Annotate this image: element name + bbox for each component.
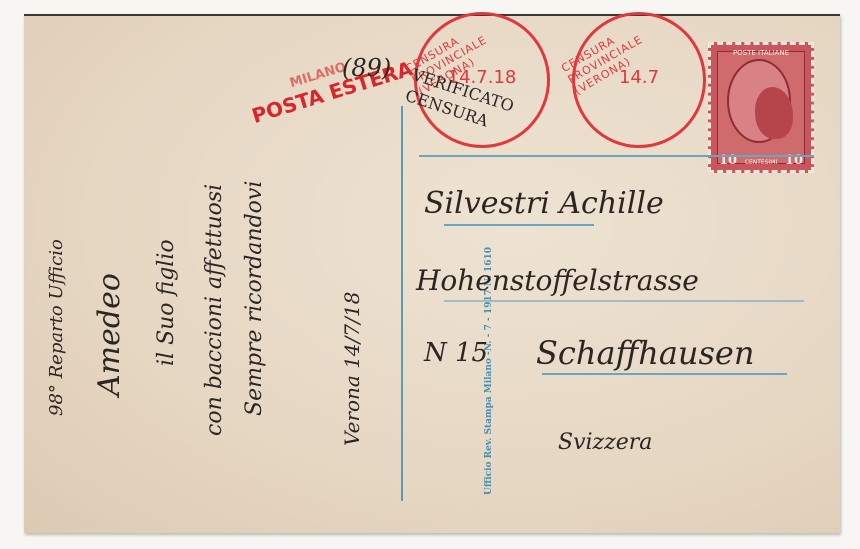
stamp-country: POSTE ITALIANE — [711, 49, 811, 57]
place-date: Verona 14/7/18 — [340, 292, 364, 446]
address-line-4 — [542, 373, 787, 375]
address-line-1 — [419, 155, 814, 157]
message-line-1: Sempre ricordandovi — [242, 181, 267, 416]
censor-postmark-2: CENSURA PROVINCIALE (VERONA) 14.7 — [572, 12, 706, 148]
address-line-2 — [444, 224, 594, 226]
recipient-country: Svizzera — [558, 430, 652, 455]
reference-number: (89) — [342, 54, 391, 82]
signature: Amedeo — [92, 273, 127, 396]
king-portrait-icon — [755, 87, 793, 139]
recipient-number: N 15 — [424, 338, 488, 368]
postmark-date: 14.7 — [575, 67, 703, 88]
postage-stamp: POSTE ITALIANE 10 CENTESIMI 10 — [708, 42, 814, 173]
recipient-street: Hohenstoffelstrasse — [416, 264, 699, 297]
message-line-3: il Suo figlio — [154, 239, 179, 366]
postcard: 98° Reparto Ufficio Amedeo il Suo figlio… — [24, 14, 840, 533]
center-divider — [401, 106, 403, 501]
recipient-name: Silvestri Achille — [424, 186, 664, 221]
recipient-city: Schaffhausen — [536, 334, 754, 372]
sender-note: 98° Reparto Ufficio — [46, 239, 67, 416]
message-line-2: con baccioni affettuosi — [202, 184, 227, 436]
address-line-3 — [444, 300, 804, 302]
